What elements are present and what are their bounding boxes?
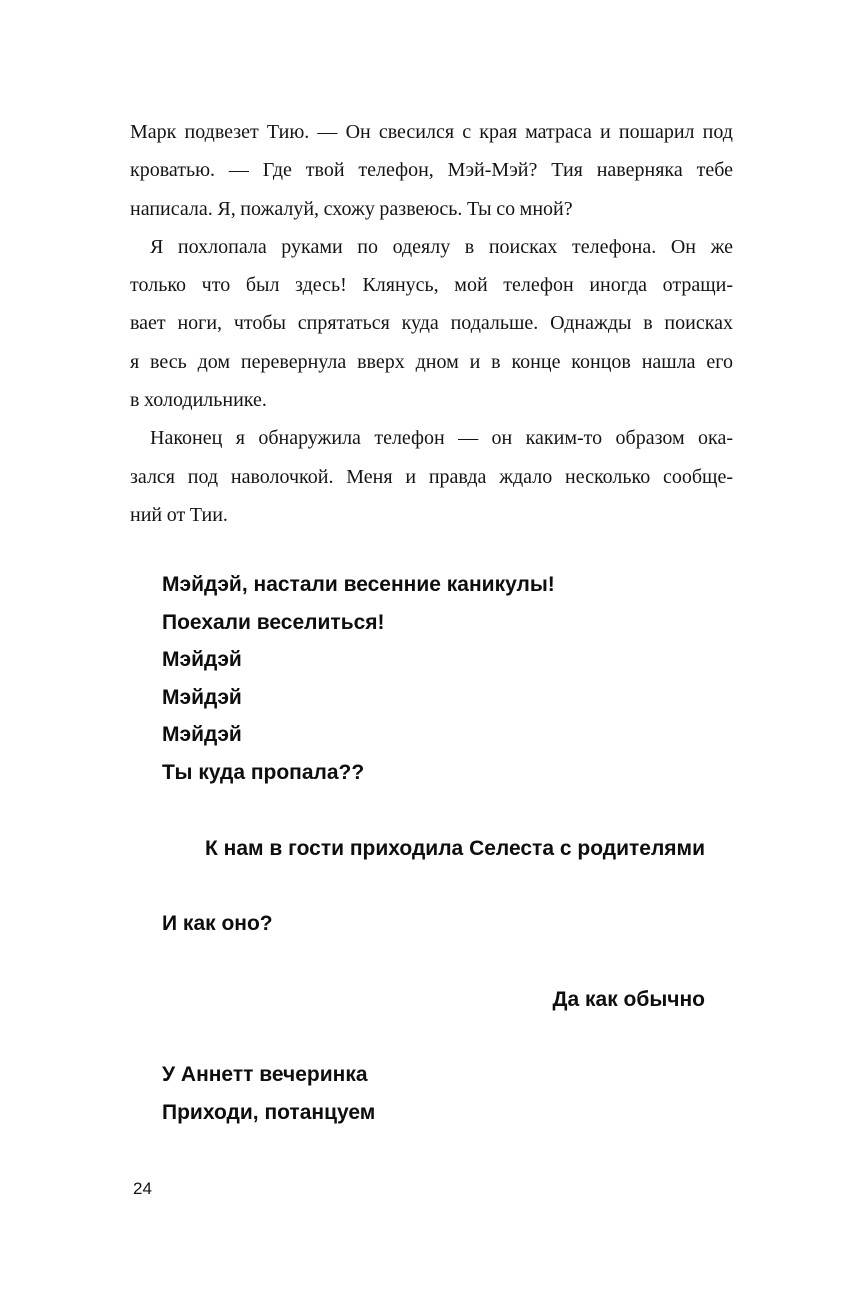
prose-line: в холодильнике.: [130, 381, 733, 419]
messages-block: Мэйдэй, настали весенние каникулы!Поехал…: [162, 566, 705, 1132]
message-line: Мэйдэй: [162, 641, 705, 679]
prose-line: Наконец я обнаружила телефон — он каким-…: [130, 419, 733, 457]
prose-line: зался под наволочкой. Меня и правда ждал…: [130, 458, 733, 496]
message-line: Приходи, потанцуем: [162, 1094, 705, 1132]
prose-block: Марк подвезет Тию. — Он свесился с края …: [130, 113, 733, 534]
message-line: Мэйдэй, настали весенние каникулы!: [162, 566, 705, 604]
prose-line: Я похлопала руками по одеялу в поисках т…: [130, 228, 733, 266]
message-line: Да как обычно: [162, 981, 705, 1019]
message-line: Ты куда пропала??: [162, 754, 705, 792]
message-line: Мэйдэй: [162, 679, 705, 717]
message-line: И как оно?: [162, 905, 705, 943]
message-line: У Аннетт вечеринка: [162, 1056, 705, 1094]
prose-line: кроватью. — Где твой телефон, Мэй-Мэй? Т…: [130, 151, 733, 189]
page-number: 24: [133, 1178, 152, 1200]
prose-line: ний от Тии.: [130, 496, 733, 534]
prose-line: Марк подвезет Тию. — Он свесился с края …: [130, 113, 733, 151]
prose-line: только что был здесь! Клянусь, мой телеф…: [130, 266, 733, 304]
prose-line: я весь дом перевернула вверх дном и в ко…: [130, 343, 733, 381]
message-line: Мэйдэй: [162, 716, 705, 754]
book-page: Марк подвезет Тию. — Он свесился с края …: [0, 0, 862, 1299]
message-line: Поехали веселиться!: [162, 604, 705, 642]
message-line: К нам в гости приходила Селеста с родите…: [162, 830, 705, 868]
prose-line: вает ноги, чтобы спрятаться куда подальш…: [130, 304, 733, 342]
prose-line: написала. Я, пожалуй, схожу развеюсь. Ты…: [130, 190, 733, 228]
